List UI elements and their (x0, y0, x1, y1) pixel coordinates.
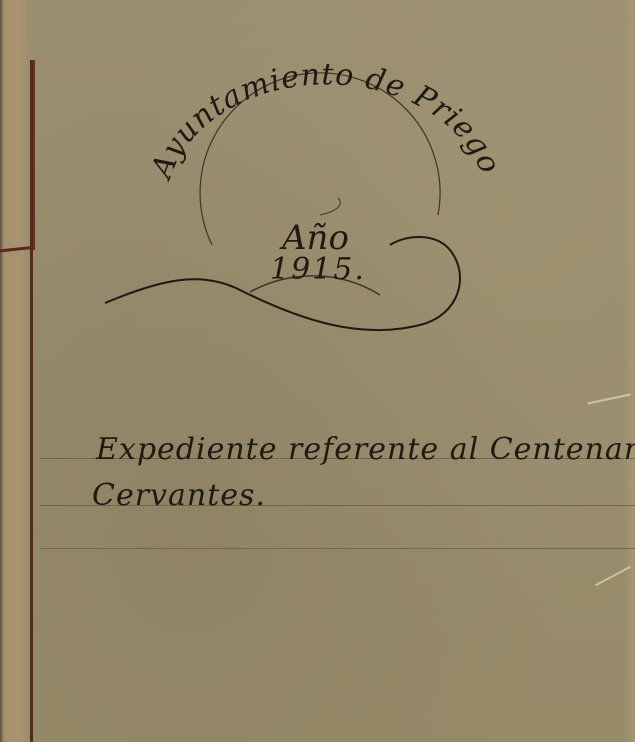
document-page: Ayuntamiento de Priego Año 1915. Expedie… (0, 0, 635, 742)
header-title: Ayuntamiento de Priego (143, 57, 507, 185)
title-arc-container: Ayuntamiento de Priego (0, 0, 635, 742)
subject-line-2: Cervantes. (92, 478, 266, 513)
year-value: 1915. (270, 252, 366, 287)
svg-text:Ayuntamiento de Priego: Ayuntamiento de Priego (143, 57, 507, 185)
subject-line-1: Expediente referente al Centenario de (96, 432, 635, 467)
